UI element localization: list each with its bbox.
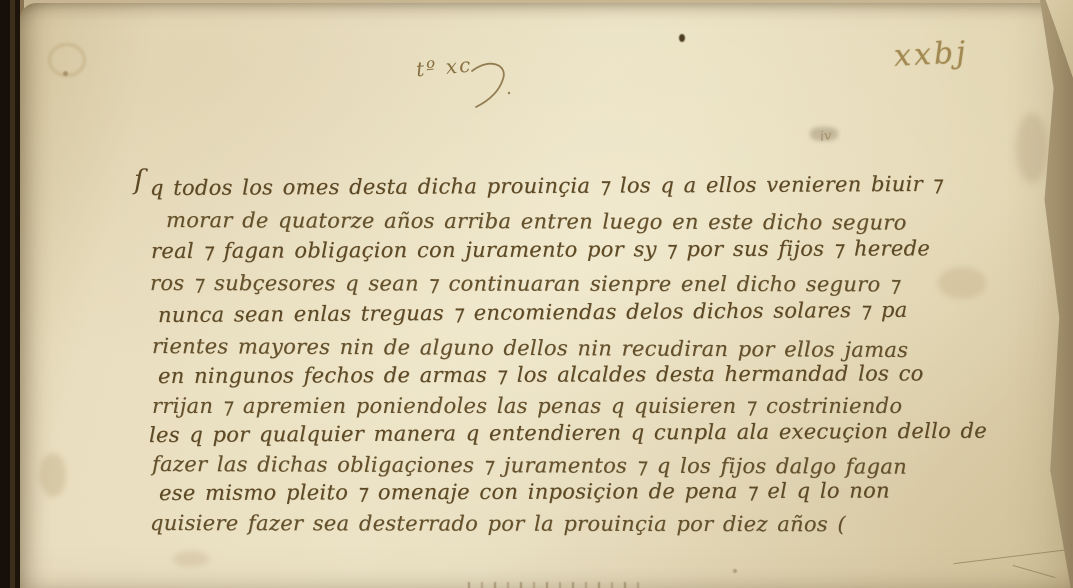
text-line: real ⁊ fagan obligaçion con juramento po…	[151, 236, 930, 263]
text-block: q todos los omes desta dicha prouinçia ⁊…	[20, 3, 1073, 588]
text-line: q todos los omes desta dicha prouinçia ⁊…	[150, 172, 943, 200]
text-line: ros ⁊ subçesores q sean ⁊ continuaran si…	[150, 271, 901, 296]
parchment-page: tº xc xxbj iv ſ q todos los omes desta d…	[20, 3, 1073, 588]
text-line: fazer las dichas obligaçiones ⁊ jurament…	[152, 452, 907, 479]
text-line: rrijan ⁊ apremien poniendoles las penas …	[152, 394, 902, 418]
next-line-text-tips	[468, 582, 643, 588]
text-line: les q por qualquier manera q entendieren…	[149, 419, 987, 447]
manuscript-photo: tº xc xxbj iv ſ q todos los omes desta d…	[0, 0, 1073, 588]
text-line: ese mismo pleito ⁊ omenaje con inposiçio…	[159, 478, 890, 505]
text-line: morar de quatorze años arriba entren lue…	[166, 208, 907, 235]
text-line: quisiere fazer sea desterrado por la pro…	[150, 511, 846, 536]
text-line: rientes mayores nin de alguno dellos nin…	[152, 334, 908, 362]
text-line: en ningunos fechos de armas ⁊ los alcald…	[158, 361, 924, 388]
text-line: nunca sean enlas treguas ⁊ encomiendas d…	[158, 298, 908, 327]
